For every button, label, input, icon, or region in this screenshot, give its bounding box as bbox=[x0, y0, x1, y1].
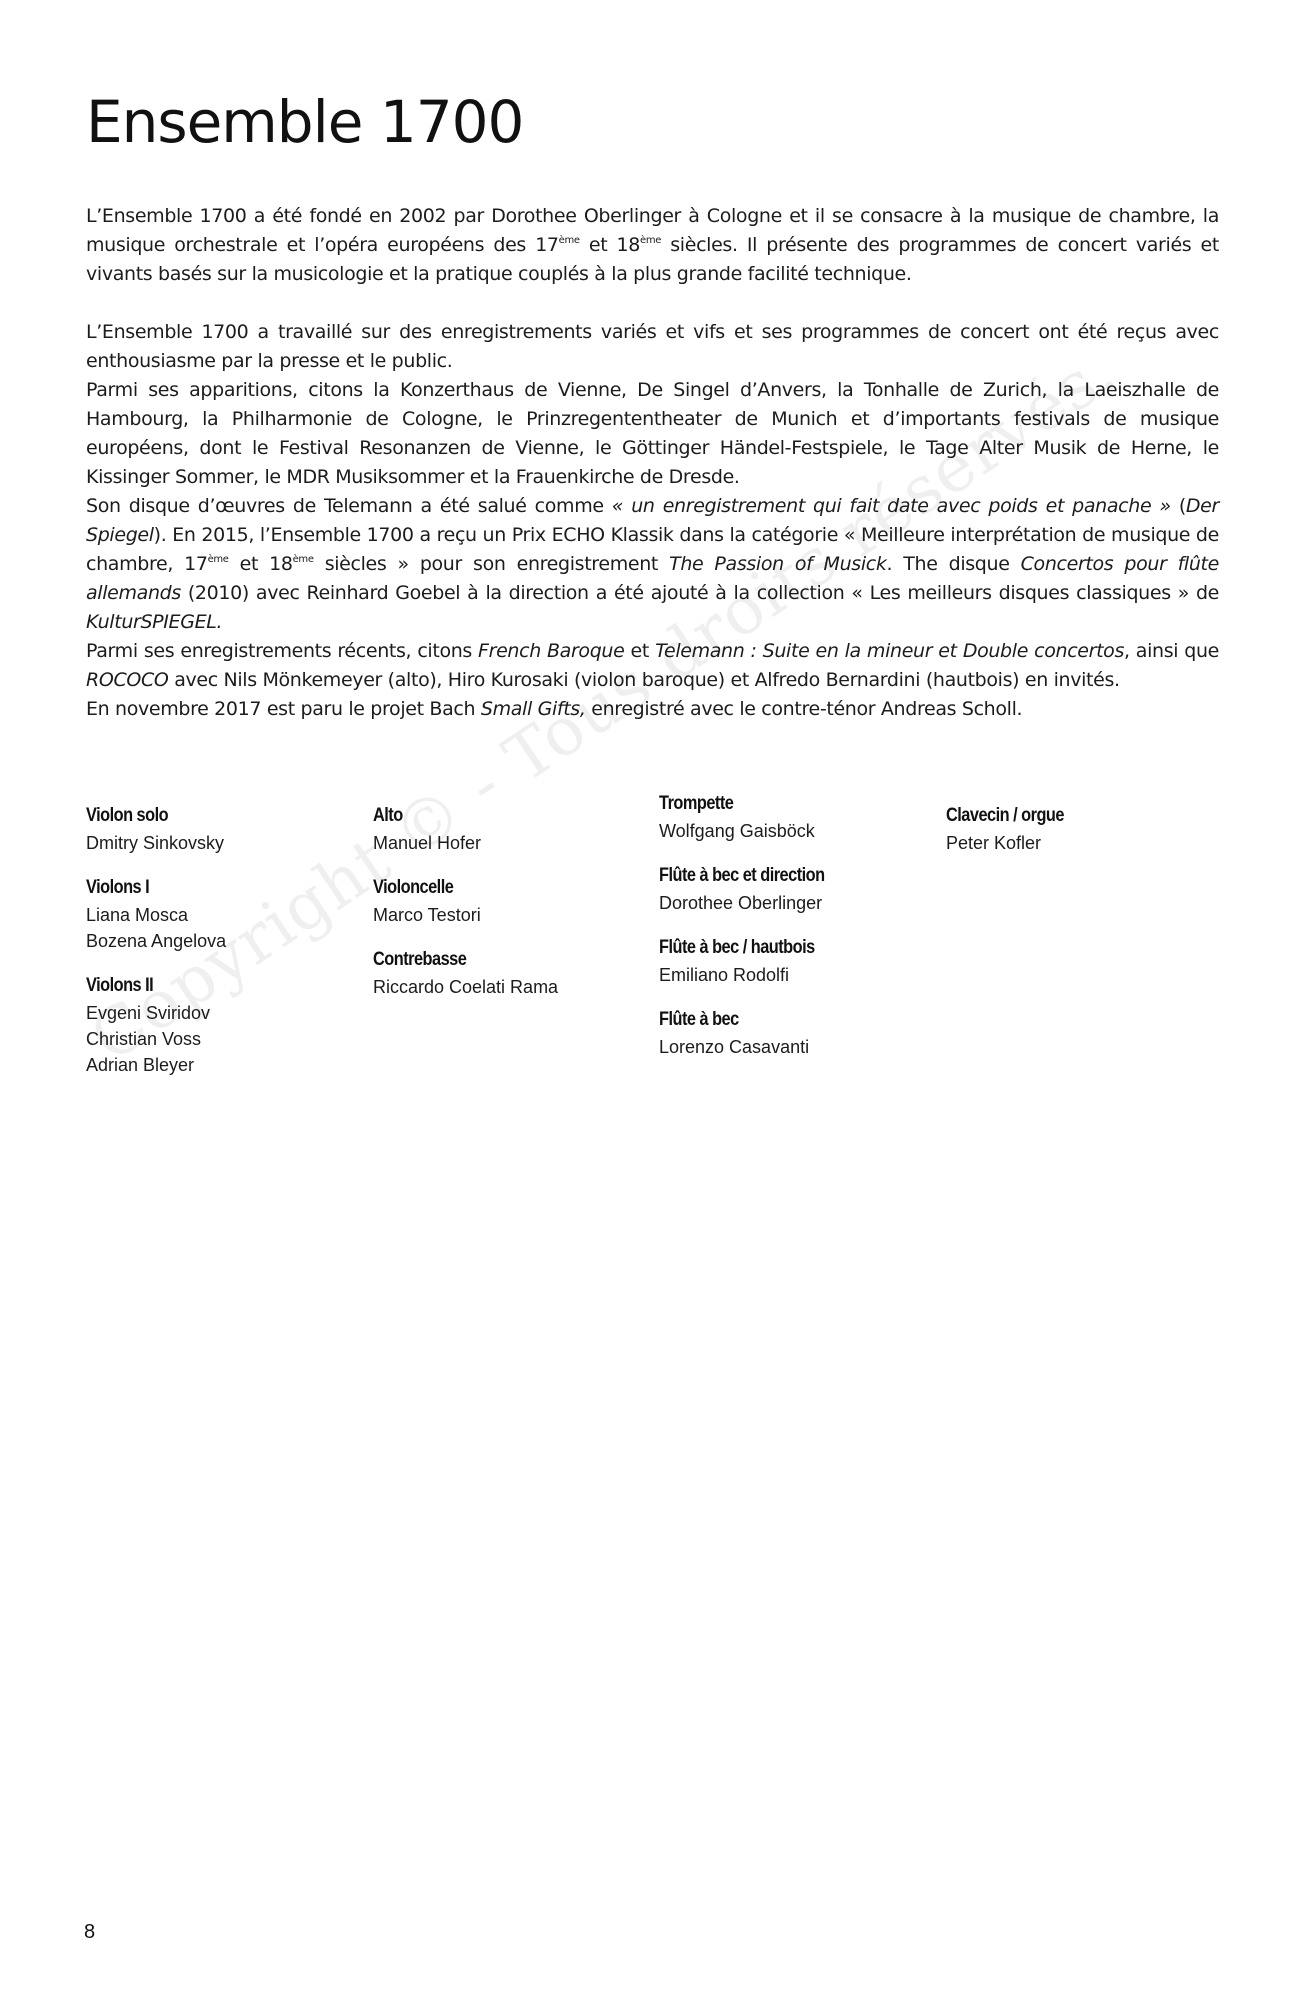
text-run: avec Nils Mönkemeyer (alto), Hiro Kurosa… bbox=[169, 669, 1120, 691]
text-run: enregistré avec le contre-ténor Andreas … bbox=[586, 698, 1023, 720]
ordinal-suffix: ème bbox=[293, 554, 314, 565]
musician-name: Adrian Bleyer bbox=[86, 1052, 366, 1078]
ordinal-suffix: ème bbox=[559, 235, 580, 246]
instrument-title: Violons II bbox=[86, 972, 327, 1000]
italic-text: Small Gifts, bbox=[481, 698, 586, 720]
text-run: L’Ensemble 1700 a travaillé sur des enre… bbox=[86, 321, 1219, 372]
instrument-section: ContrebasseRiccardo Coelati Rama bbox=[373, 946, 653, 1000]
instrument-section: Violon soloDmitry Sinkovsky bbox=[86, 802, 366, 856]
instrument-section: Clavecin / orguePeter Kofler bbox=[946, 802, 1226, 856]
ordinal-suffix: ème bbox=[640, 235, 661, 246]
instrument-section: Flûte à bec et directionDorothee Oberlin… bbox=[659, 862, 939, 916]
roster-column: Clavecin / orguePeter Kofler bbox=[946, 802, 1226, 874]
instrument-title: Flûte à bec et direction bbox=[659, 862, 900, 890]
paragraph-line: L’Ensemble 1700 a été fondé en 2002 par … bbox=[86, 202, 1219, 289]
page-number: 8 bbox=[84, 1921, 95, 1944]
paragraph-line: Son disque d’œuvres de Telemann a été sa… bbox=[86, 492, 1219, 637]
text-run: Parmi ses apparitions, citons la Konzert… bbox=[86, 379, 1219, 488]
musician-name: Riccardo Coelati Rama bbox=[373, 974, 653, 1000]
text-run: siècles » pour son enregistrement bbox=[314, 553, 669, 575]
musician-name: Manuel Hofer bbox=[373, 830, 653, 856]
page-title: Ensemble 1700 bbox=[86, 86, 523, 158]
instrument-section: Flûte à bec / hautboisEmiliano Rodolfi bbox=[659, 934, 939, 988]
text-run: Son disque d’œuvres de Telemann a été sa… bbox=[86, 495, 612, 517]
paragraph-line: Parmi ses apparitions, citons la Konzert… bbox=[86, 376, 1219, 492]
italic-text: Telemann : Suite en la mineur et Double … bbox=[655, 640, 1124, 662]
italic-text: The Passion of Musick bbox=[669, 553, 886, 575]
italic-text: KulturSPIEGEL. bbox=[86, 611, 222, 633]
italic-text: « un enregistrement qui fait date avec p… bbox=[612, 495, 1171, 517]
musician-name: Marco Testori bbox=[373, 902, 653, 928]
italic-text: French Baroque bbox=[478, 640, 624, 662]
document-page: Ensemble 1700 L’Ensemble 1700 a été fond… bbox=[0, 0, 1304, 2000]
instrument-section: Flûte à becLorenzo Casavanti bbox=[659, 1006, 939, 1060]
instrument-title: Alto bbox=[373, 802, 614, 830]
roster-column: Violon soloDmitry SinkovskyViolons ILian… bbox=[86, 802, 366, 1096]
paragraph-line: En novembre 2017 est paru le projet Bach… bbox=[86, 695, 1219, 724]
instrument-title: Violoncelle bbox=[373, 874, 614, 902]
text-run: . The disque bbox=[887, 553, 1021, 575]
text-run: (2010) avec Reinhard Goebel à la directi… bbox=[181, 582, 1219, 604]
musician-name: Liana Mosca bbox=[86, 902, 366, 928]
intro-paragraph: L’Ensemble 1700 a été fondé en 2002 par … bbox=[86, 202, 1219, 289]
roster-column: TrompetteWolfgang GaisböckFlûte à bec et… bbox=[659, 790, 939, 1078]
text-run: En novembre 2017 est paru le projet Bach bbox=[86, 698, 481, 720]
musician-name: Dorothee Oberlinger bbox=[659, 890, 939, 916]
musician-name: Christian Voss bbox=[86, 1026, 366, 1052]
musician-name: Dmitry Sinkovsky bbox=[86, 830, 366, 856]
instrument-section: AltoManuel Hofer bbox=[373, 802, 653, 856]
roster-column: AltoManuel HoferVioloncelleMarco Testori… bbox=[373, 802, 653, 1018]
paragraph-line: L’Ensemble 1700 a travaillé sur des enre… bbox=[86, 318, 1219, 376]
instrument-title: Violons I bbox=[86, 874, 327, 902]
instrument-title: Flûte à bec bbox=[659, 1006, 900, 1034]
musician-name: Evgeni Sviridov bbox=[86, 1000, 366, 1026]
text-run: , ainsi que bbox=[1124, 640, 1219, 662]
ensemble-roster: Violon soloDmitry SinkovskyViolons ILian… bbox=[86, 790, 1226, 1110]
ordinal-suffix: ème bbox=[208, 554, 229, 565]
instrument-title: Contrebasse bbox=[373, 946, 614, 974]
italic-text: ROCOCO bbox=[86, 669, 169, 691]
instrument-section: Violons IIEvgeni SviridovChristian VossA… bbox=[86, 972, 366, 1078]
musician-name: Emiliano Rodolfi bbox=[659, 962, 939, 988]
instrument-title: Clavecin / orgue bbox=[946, 802, 1187, 830]
musician-name: Wolfgang Gaisböck bbox=[659, 818, 939, 844]
text-run: et 18 bbox=[229, 553, 293, 575]
instrument-title: Violon solo bbox=[86, 802, 327, 830]
text-run: et bbox=[624, 640, 655, 662]
instrument-title: Flûte à bec / hautbois bbox=[659, 934, 900, 962]
musician-name: Bozena Angelova bbox=[86, 928, 366, 954]
musician-name: Lorenzo Casavanti bbox=[659, 1034, 939, 1060]
instrument-title: Trompette bbox=[659, 790, 900, 818]
instrument-section: TrompetteWolfgang Gaisböck bbox=[659, 790, 939, 844]
text-run: et 18 bbox=[580, 234, 640, 256]
instrument-section: VioloncelleMarco Testori bbox=[373, 874, 653, 928]
history-paragraph: L’Ensemble 1700 a travaillé sur des enre… bbox=[86, 318, 1219, 724]
text-run: Parmi ses enregistrements récents, citon… bbox=[86, 640, 478, 662]
musician-name: Peter Kofler bbox=[946, 830, 1226, 856]
instrument-section: Violons ILiana MoscaBozena Angelova bbox=[86, 874, 366, 954]
text-run: ( bbox=[1171, 495, 1186, 517]
paragraph-line: Parmi ses enregistrements récents, citon… bbox=[86, 637, 1219, 695]
